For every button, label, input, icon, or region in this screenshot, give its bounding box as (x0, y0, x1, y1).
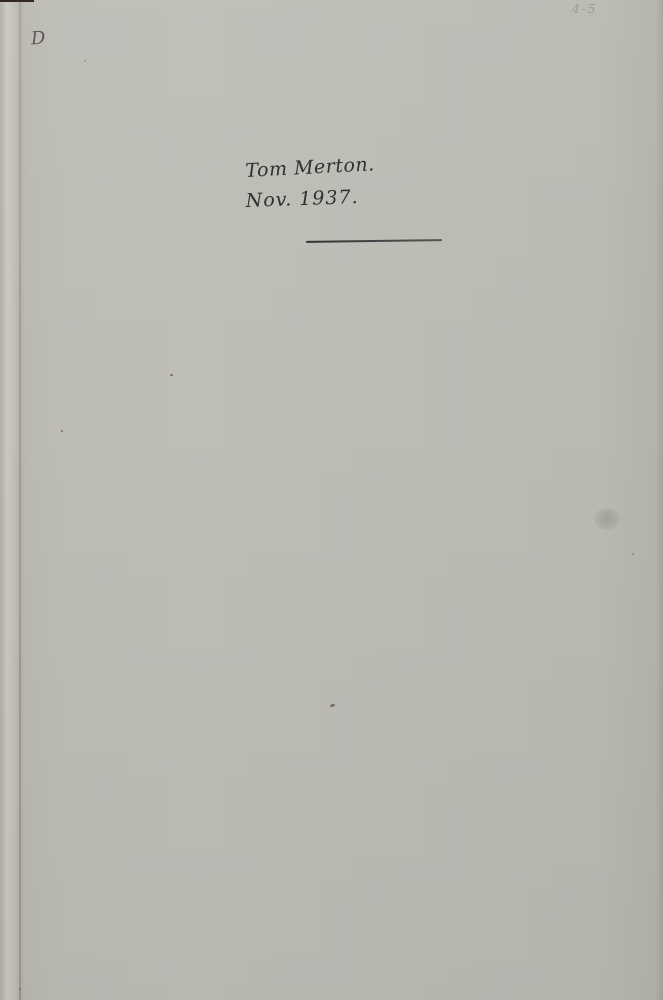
book-flyleaf-page: D 4-5 Tom Merton. Nov. 1937. (0, 0, 663, 1000)
paper-speck (632, 553, 634, 555)
paper-speck (330, 703, 336, 708)
gutter-line (19, 0, 21, 1000)
top-edge-dark-strip (0, 0, 34, 2)
inscription-date: Nov. 1937. (245, 185, 375, 212)
inscription-underline (306, 239, 442, 243)
page-right-edge (657, 0, 663, 1000)
handwritten-inscription: Tom Merton. Nov. 1937. (246, 160, 375, 212)
inscription-name: Tom Merton. (245, 153, 375, 182)
page-left-edge (0, 0, 6, 1000)
paper-speck (170, 374, 173, 376)
paper-speck (84, 60, 86, 62)
corner-faint-pencil-mark: 4-5 (572, 2, 597, 16)
paper-speck (61, 430, 63, 432)
corner-pencil-letter: D (30, 28, 46, 50)
paper-smudge (594, 508, 620, 530)
paper-speck (19, 988, 21, 990)
